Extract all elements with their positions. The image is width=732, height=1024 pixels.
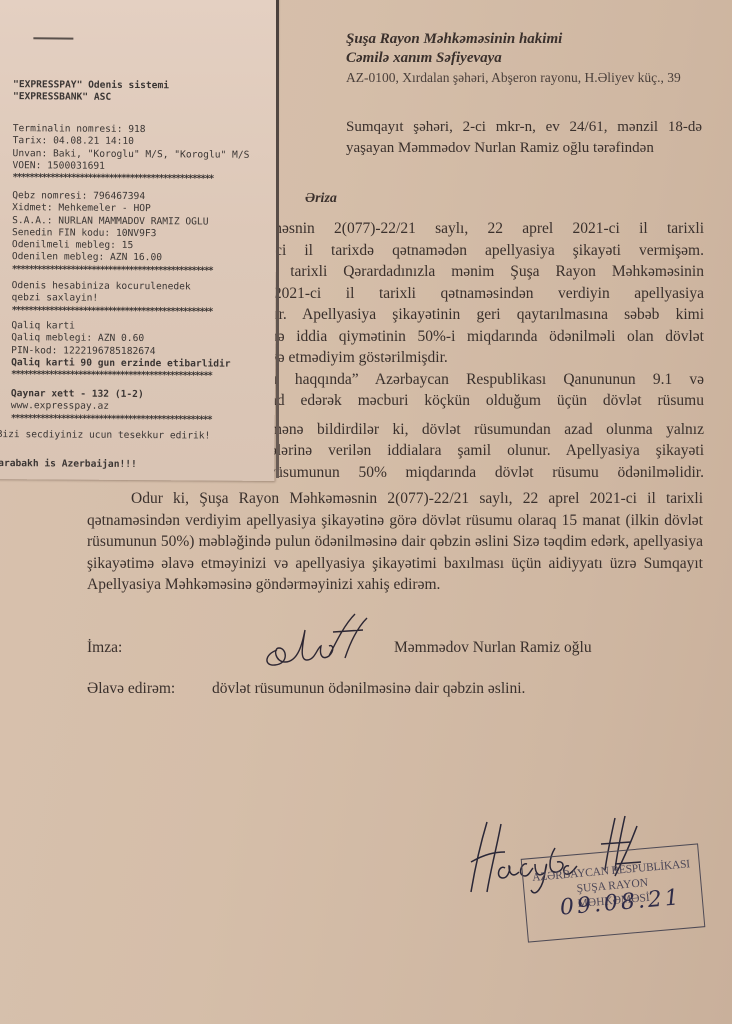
addressee-name: Cəmilə xanım Səfiyevaya	[346, 49, 696, 68]
body-line: mənə bildirdilər ki, dövlət rüsumundan a…	[270, 419, 704, 441]
body-line: nə iddia qiymətinin 50%-i miqdarında ödə…	[270, 326, 704, 348]
signature-label: İmza:	[87, 639, 122, 657]
receipt-terminal-info: Terminalin nomresi: 918 Tarix: 04.08.21 …	[12, 123, 272, 186]
receipt-edge	[276, 0, 279, 478]
body-line: .2021-ci il tarixli qətnaməsindən verdiy…	[270, 283, 704, 305]
receipt-header: "EXPRESSPAY" Odenis sistemi "EXPRESSBANK…	[13, 79, 273, 105]
separator: ****************************************…	[11, 369, 271, 383]
body-line: ələrinə verilən iddialara şamil olunur. …	[270, 440, 704, 462]
receipt-line: Karabakh is Azerbaijan!!!	[0, 458, 252, 472]
body-line: lır. Apellyasiya şikayətinin geri qaytar…	[270, 304, 704, 326]
signature-icon	[259, 610, 379, 670]
document-title: Əriza	[305, 191, 337, 207]
addressee-address: AZ-0100, Xırdalan şəhəri, Abşeron rayonu…	[346, 68, 696, 87]
body-line: ad edərək məcburi köçkün olduğum üçün dö…	[270, 390, 704, 412]
separator: ****************************************…	[12, 172, 272, 186]
tear-mark	[33, 37, 73, 39]
receipt-thanks: Bizi secdiyiniz ucun tesekkur edirik!	[0, 429, 257, 443]
body-line: rüsumunun 50% miqdarında dövlət rüsumu ö…	[270, 462, 704, 484]
attachment-value: dövlət rüsumunun ödənilməsinə dair qəbzi…	[212, 680, 525, 698]
closing-paragraph-text: Odur ki, Şuşa Rayon Məhkəməsnin 2(077)-2…	[87, 488, 703, 596]
receipt-line: "EXPRESSBANK" ASC	[13, 91, 273, 105]
addressee-block: Şuşa Rayon Məhkəməsinin hakimi Cəmilə xa…	[346, 30, 696, 87]
payment-receipt: "EXPRESSPAY" Odenis sistemi "EXPRESSBANK…	[0, 0, 278, 481]
signer-name: Məmmədov Nurlan Ramiz oğlu	[394, 639, 592, 657]
receipt-hotline: Qaynar xett - 132 (1-2) www.expresspay.a…	[11, 388, 271, 427]
receipt-change-card: Qaliq karti Qaliq meblegi: AZN 0.60 PIN-…	[11, 320, 271, 383]
receipt-notice: Odenis hesabiniza kocurulenedek qebzi sa…	[11, 280, 271, 319]
signature-row: İmza: Məmmədov Nurlan Ramiz oğlu	[87, 636, 707, 666]
separator: ****************************************…	[11, 305, 271, 319]
receipt-slogan: Karabakh is Azerbaijan!!!	[0, 458, 252, 472]
paragraph-gap	[270, 412, 704, 419]
attachment-label: Əlavə edirəm:	[87, 680, 175, 698]
receipt-line: Bizi secdiyiniz ucun tesekkur edirik!	[0, 429, 257, 443]
stamp-date: 09.08.21	[559, 890, 682, 916]
partially-covered-body: məsnin 2(077)-22/21 saylı, 22 aprel 2021…	[270, 218, 704, 483]
separator: ****************************************…	[11, 413, 271, 427]
receipt-payment-info: Qebz nomresi: 796467394 Xidmet: Mehkemel…	[12, 190, 273, 278]
body-line: u haqqında” Azərbaycan Respublikası Qanu…	[270, 369, 704, 391]
body-line: -ci il tarixdə qətnamədən apellyasiya şi…	[270, 240, 704, 262]
closing-paragraph: Odur ki, Şuşa Rayon Məhkəməsnin 2(077)-2…	[87, 488, 703, 596]
addressee-title: Şuşa Rayon Məhkəməsinin hakimi	[346, 30, 696, 49]
sender-block: Sumqayıt şəhəri, 2-ci mkr-n, ev 24/61, m…	[346, 117, 702, 159]
separator: ****************************************…	[12, 264, 272, 278]
court-stamp: AZƏRBAYCAN RESPUBLİKASI ŞUŞA RAYON MƏHKƏ…	[521, 843, 706, 942]
body-line: məsnin 2(077)-22/21 saylı, 22 aprel 2021…	[270, 218, 704, 240]
body-line: və etmədiyim göstərilmişdir.	[270, 347, 704, 369]
body-line: l tarixli Qərardadınızla mənim Şuşa Rayo…	[270, 261, 704, 283]
